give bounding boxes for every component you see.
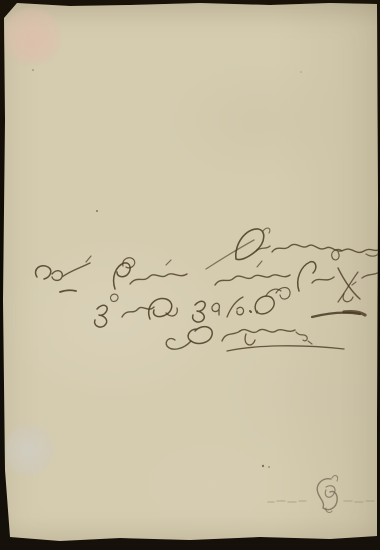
watermark-text-stroke [268, 501, 306, 502]
manuscript-page [0, 0, 380, 550]
digitization-watermark [0, 0, 380, 550]
scanned-manuscript: Scanned aged manuscript page with four l… [0, 0, 380, 550]
watermark-emblem-stroke [332, 475, 338, 481]
watermark-text-stroke [344, 501, 374, 502]
